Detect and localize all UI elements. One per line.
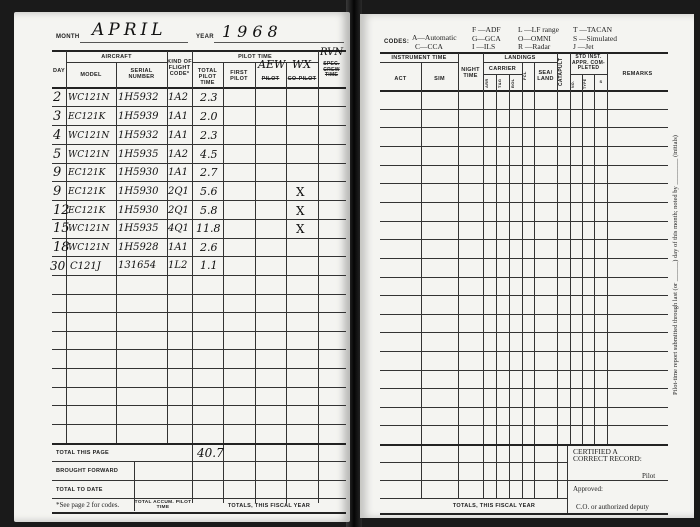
brought-forward-label: BROUGHT FORWARD: [56, 468, 118, 474]
row-model: WC121N: [68, 243, 109, 253]
row-total: 4.5: [200, 148, 218, 161]
row-day: 4: [53, 128, 61, 143]
codes-group-2: F —ADFG—GCAI —ILS: [472, 26, 501, 52]
row-model: C121J: [70, 261, 101, 272]
row-model: WC121N: [68, 93, 109, 103]
header-serial-number: SERIAL NUMBER: [116, 68, 167, 80]
row-serial: 1H5932: [118, 130, 159, 141]
year-label: YEAR: [196, 34, 214, 41]
row-model: WC121N: [68, 131, 109, 141]
header-printed-pilot: PILOT: [255, 76, 286, 82]
row-model: WC121N: [68, 150, 109, 160]
header-printed-spec-crew: SPEC. CREW TIME: [318, 62, 345, 79]
row-serial: 1H5932: [118, 92, 159, 103]
row-day: 9: [53, 184, 61, 199]
year-value[interactable]: 1968: [222, 22, 283, 41]
approved-label: Approved:: [573, 485, 603, 493]
row-wx-mark: X: [296, 222, 305, 236]
header-fcl: FCL: [523, 70, 533, 82]
total-this-page-value[interactable]: 40.7: [197, 446, 224, 460]
row-serial: 131654: [118, 260, 156, 271]
header-aew-handwritten: AEW: [258, 58, 285, 71]
row-total: 5.6: [200, 185, 218, 198]
month-label: MONTH: [56, 34, 80, 41]
codes-label: CODES:: [384, 39, 409, 46]
row-serial: 1H5930: [118, 186, 159, 197]
row-total: 1.1: [200, 259, 218, 272]
row-code: 1A2: [168, 149, 188, 160]
header-act: ACT: [380, 76, 421, 82]
header-printed-copilot: CO-PILOT: [286, 76, 318, 82]
row-total: 11.8: [196, 222, 221, 235]
row-model: EC121K: [68, 168, 105, 178]
total-accum-label: TOTAL ACCUM. PILOT TIME: [134, 500, 192, 511]
header-day: DAY: [52, 68, 66, 74]
row-total: 5.8: [200, 204, 218, 217]
pilot-time-report-note: Pilot-time report submitted through last…: [672, 90, 684, 440]
row-day: 2: [53, 90, 61, 105]
totals-fiscal-label: TOTALS, THIS FISCAL YEAR: [192, 503, 346, 509]
codes-group-4: T —TACANS —SimulatedJ —Jet: [573, 26, 617, 52]
header-night-time: NIGHT TIME: [458, 67, 483, 79]
totals-fiscal-right-label: TOTALS, THIS FISCAL YEAR: [421, 503, 567, 509]
row-day: 3: [53, 109, 61, 124]
row-wx-mark: X: [296, 204, 305, 218]
header-rvn-handwritten: RVN: [320, 47, 343, 58]
total-this-page-label: TOTAL THIS PAGE: [56, 450, 109, 456]
pilot-signature-label: Pilot: [642, 472, 655, 480]
header-model: MODEL: [66, 72, 116, 78]
row-serial: 1H5930: [118, 205, 159, 216]
row-day: 9: [53, 165, 61, 180]
row-total: 2.0: [200, 110, 218, 123]
header-total-time: TOTAL PILOT TIME: [192, 68, 223, 86]
header-carrier: CARRIER: [483, 66, 522, 72]
header-std-inst: STD INST. APPR. COM- PLETED: [570, 55, 607, 72]
row-code: 1A1: [168, 242, 188, 253]
header-aircraft: AIRCRAFT: [66, 54, 167, 60]
header-instrument-time: INSTRUMENT TIME: [380, 55, 458, 61]
row-code: 2Q1: [168, 205, 189, 216]
row-code: 1A1: [168, 111, 188, 122]
row-serial: 1H5928: [118, 242, 159, 253]
header-remarks: REMARKS: [607, 71, 668, 77]
row-code: 2Q1: [168, 186, 189, 197]
month-value[interactable]: APRIL: [92, 20, 167, 40]
total-to-date-label: TOTAL TO DATE: [56, 487, 103, 493]
certified-label: CERTIFIED A CORRECT RECORD:: [573, 448, 643, 462]
row-code: 1L2: [168, 260, 187, 271]
header-no: NO.: [572, 79, 581, 89]
header-bol: BOL: [511, 78, 521, 88]
row-model: EC121K: [68, 187, 105, 197]
header-type: TYPE: [584, 78, 593, 89]
header-arr: ARR: [485, 78, 495, 88]
row-model: EC121K: [68, 206, 105, 216]
header-wx-handwritten: WX: [292, 58, 311, 71]
row-model: EC121K: [68, 112, 105, 122]
codes-group-1: A—AutomaticC—CCA: [412, 34, 457, 51]
header-s: S: [596, 80, 606, 84]
row-total: 2.3: [200, 91, 218, 104]
header-landings: LANDINGS: [483, 55, 557, 61]
row-code: 1A1: [168, 130, 188, 141]
co-deputy-label: C.O. or authorized deputy: [576, 503, 649, 511]
row-code: 1A2: [168, 92, 188, 103]
row-code: 1A1: [168, 167, 188, 178]
row-total: 2.7: [200, 166, 218, 179]
row-serial: 1H5935: [118, 149, 159, 160]
row-total: 2.6: [200, 241, 218, 254]
row-day: 30: [50, 259, 65, 273]
see-codes-note: *See page 2 for codes.: [56, 501, 119, 509]
header-kind-of-flight-code: KIND OF FLIGHT CODE*: [167, 59, 192, 77]
header-catapult: CATAPULT: [559, 55, 569, 89]
row-model: WC121N: [68, 224, 109, 234]
row-serial: 1H5939: [118, 111, 159, 122]
header-sea-land: SEA/ LAND: [534, 70, 557, 82]
row-total: 2.3: [200, 129, 218, 142]
row-serial: 1H5930: [118, 167, 159, 178]
row-wx-mark: X: [296, 185, 305, 199]
header-tg: T&G: [498, 78, 508, 88]
codes-group-3: L —LF rangeO—OMNIR —Radar: [518, 26, 559, 52]
row-day: 5: [53, 147, 61, 162]
header-first-pilot: FIRST PILOT: [223, 70, 255, 82]
row-serial: 1H5935: [118, 223, 159, 234]
row-code: 4Q1: [168, 223, 189, 234]
header-sim: SIM: [421, 76, 458, 82]
